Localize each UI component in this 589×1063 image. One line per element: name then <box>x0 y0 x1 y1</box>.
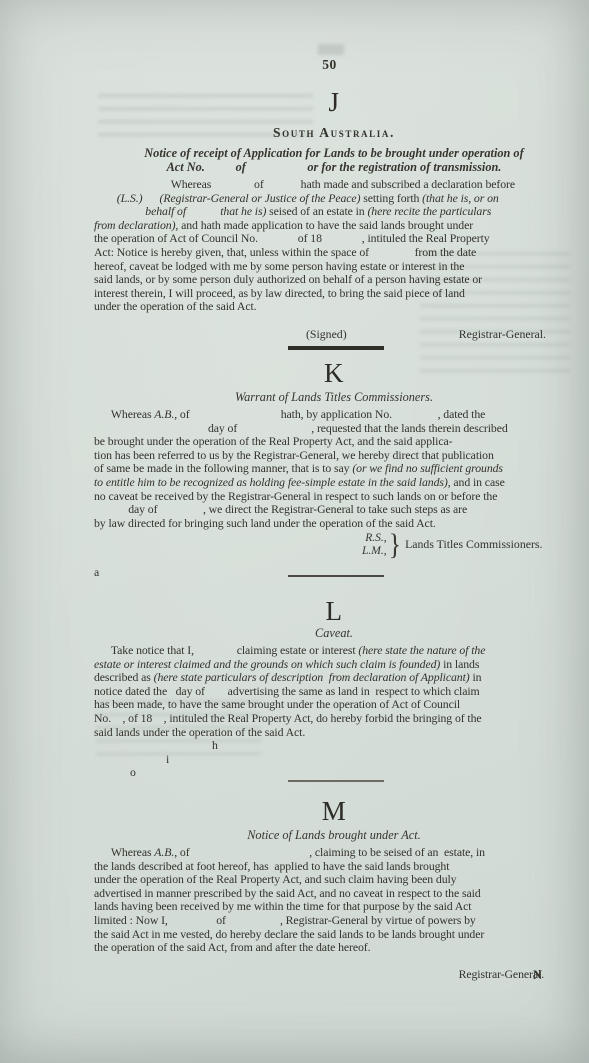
signature-registrar-general: Registrar-General. <box>94 968 546 982</box>
signature-registrar-general: Registrar-General. <box>459 328 546 342</box>
body-line: under the operation of the said Act. <box>94 300 546 314</box>
section-j-title-line: Act No. of or for the registration of tr… <box>108 160 560 174</box>
body-line: tion has been referred to us by the Regi… <box>94 449 546 463</box>
witness-line: i <box>166 753 546 767</box>
section-k-title: Warrant of Lands Titles Commissioners. <box>108 390 560 404</box>
body-line: Take notice that I, claiming estate or i… <box>94 644 546 658</box>
body-line: be brought under the operation of the Re… <box>94 435 546 449</box>
dated-line <box>94 314 546 328</box>
body-line: the said Act in me vested, do hereby dec… <box>94 928 546 942</box>
body-line: interest therein, I will proceed, as by … <box>94 287 546 301</box>
body-line: day of , we direct the Registrar-General… <box>94 503 546 517</box>
body-line: by law directed for bringing such land u… <box>94 517 546 531</box>
body-line: described as (here state particulars of … <box>94 671 546 685</box>
section-k: K Warrant of Lands Titles Commissioners.… <box>94 359 546 580</box>
section-j-body: Whereas of hath made and subscribed a de… <box>94 178 546 341</box>
section-l-title: Caveat. <box>108 626 560 640</box>
body-line: has been made, to have the same brought … <box>94 698 546 712</box>
dated-line: a <box>94 566 546 580</box>
body-line: day of , requested that the lands therei… <box>94 422 546 436</box>
section-j-title-line: Notice of receipt of Application for Lan… <box>108 146 560 160</box>
body-line: of same be made in the following manner,… <box>94 462 546 476</box>
section-m-body: Whereas A.B., of , claiming to be seised… <box>94 846 546 982</box>
section-j-letter: J <box>108 88 560 116</box>
section-l-letter: L <box>108 597 560 625</box>
section-j-jurisdiction: South Australia. <box>108 125 560 141</box>
body-line: Whereas A.B., of , claiming to be seised… <box>94 846 546 860</box>
section-m-letter: M <box>108 797 560 825</box>
brace-glyph: } <box>389 528 401 563</box>
given-line <box>94 955 546 969</box>
section-j: J South Australia. Notice of receipt of … <box>94 88 546 341</box>
section-divider <box>288 780 384 782</box>
body-line: said lands under the operation of the sa… <box>94 726 546 740</box>
body-line: no caveat be received by the Registrar-G… <box>94 490 546 504</box>
body-line: (L.S.) (Registrar-General or Justice of … <box>94 192 546 206</box>
body-line: behalf of that he is) seised of an estat… <box>94 205 546 219</box>
printer-signature-mark: N <box>533 968 542 983</box>
section-l: L Caveat. Take notice that I, claiming e… <box>94 597 546 780</box>
ink-bleedthrough-artifact <box>318 44 344 55</box>
initials-line: R.S., <box>362 532 387 545</box>
body-line: hereof, caveat be lodged with me by some… <box>94 260 546 274</box>
body-line: notice dated the day of advertising the … <box>94 685 546 699</box>
body-line: from declaration), and hath made applica… <box>94 219 546 233</box>
date-blank-line: h <box>212 739 546 753</box>
section-l-body: Take notice that I, claiming estate or i… <box>94 644 546 780</box>
section-k-letter: K <box>108 359 560 387</box>
body-line: the operation of Act of Council No. of 1… <box>94 232 546 246</box>
body-line: under the operation of the Real Property… <box>94 873 546 887</box>
scanned-legal-form-page: 50 J South Australia. Notice of receipt … <box>0 0 589 1063</box>
body-line: said lands, or by some person duly autho… <box>94 273 546 287</box>
section-divider <box>288 575 384 577</box>
body-line: the operation of the said Act, from and … <box>94 941 546 955</box>
section-k-body: Whereas A.B., of hath, by application No… <box>94 408 546 580</box>
section-divider <box>288 346 384 350</box>
initials-line: L.M., <box>362 545 387 558</box>
body-line: lands having been received by me within … <box>94 900 546 914</box>
commissioners-signature-block: R.S., L.M., } Lands Titles Commissioners… <box>362 531 546 558</box>
body-line: Whereas of hath made and subscribed a de… <box>94 178 546 192</box>
signature-row: (Signed) Registrar-General. <box>94 328 546 342</box>
body-line: No. , of 18 , intituled the Real Propert… <box>94 712 546 726</box>
body-line: limited : Now I, of , Registrar-General … <box>94 914 546 928</box>
section-m: M Notice of Lands brought under Act. Whe… <box>94 797 546 982</box>
signed-label: (Signed) <box>306 328 347 342</box>
body-line: advertised in manner prescribed by the s… <box>94 887 546 901</box>
body-line: estate or interest claimed and the groun… <box>94 658 546 672</box>
body-line: Whereas A.B., of hath, by application No… <box>94 408 546 422</box>
body-line: to entitle him to be recognized as holdi… <box>94 476 546 490</box>
commissioners-role-label: Lands Titles Commissioners. <box>405 537 542 552</box>
section-m-title: Notice of Lands brought under Act. <box>108 828 560 842</box>
body-line: the lands described at foot hereof, has … <box>94 860 546 874</box>
body-line: Act: Notice is hereby given, that, unles… <box>94 246 546 260</box>
page-number: 50 <box>0 57 589 73</box>
address-line: o <box>130 766 546 780</box>
commissioner-initials: R.S., L.M., <box>362 532 387 557</box>
